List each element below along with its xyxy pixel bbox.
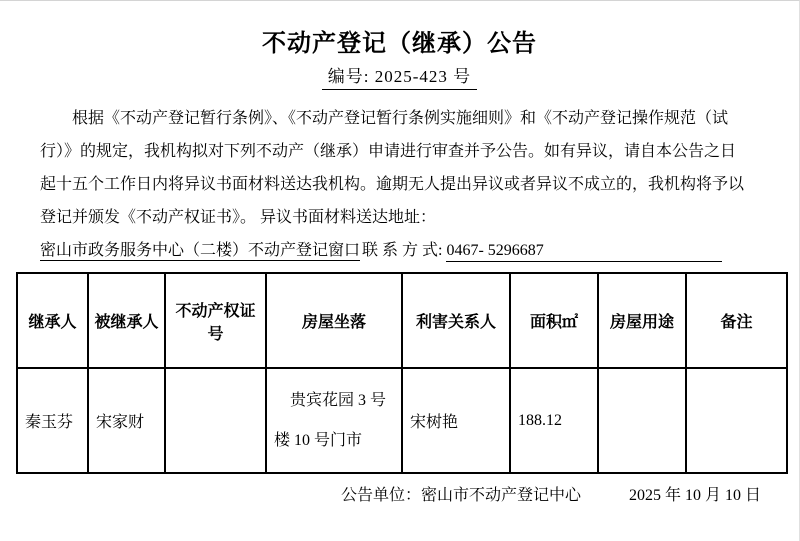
header-cell-decedent: 被继承人 — [88, 273, 165, 368]
header-cell-certificate-no: 不动产权证号 — [165, 273, 266, 368]
body-line: 登记并颁发《不动产权证书》。 异议书面材料送达地址： — [40, 201, 765, 234]
table-header-row: 继承人 被继承人 不动产权证号 房屋坐落 利害关系人 面积㎡ 房屋用途 备注 — [17, 273, 787, 368]
announcement-body: 根据《不动产登记暂行条例》、《不动产登记暂行条例实施细则》和《不动产登记操作规范… — [40, 102, 765, 267]
announcement-table: 继承人 被继承人 不动产权证号 房屋坐落 利害关系人 面积㎡ 房屋用途 备注 秦… — [16, 272, 788, 474]
address-line: 密山市政务服务中心（二楼）不动产登记窗口联 系 方 式:0467- 529668… — [40, 234, 765, 267]
header-cell-interested-party: 利害关系人 — [402, 273, 510, 368]
delivery-address: 密山市政务服务中心（二楼）不动产登记窗口 — [40, 242, 360, 261]
cell-certificate-no — [165, 368, 266, 473]
doc-number: 编号: 2025-423 号 — [322, 66, 477, 90]
body-line: 根据《不动产登记暂行条例》、《不动产登记暂行条例实施细则》和《不动产登记操作规范… — [40, 102, 765, 135]
header-cell-house-usage: 房屋用途 — [598, 273, 686, 368]
cell-house-usage — [598, 368, 686, 473]
footer-date: 2025 年 10 月 10 日 — [629, 487, 761, 504]
body-line: 起十五个工作日内将异议书面材料送达我机构。逾期无人提出异议或者异议不成立的，我机… — [40, 168, 765, 201]
table-row: 秦玉芬 宋家财 贵宾花园 3 号楼 10 号门市 宋树艳 188.12 — [17, 368, 787, 473]
contact-phone: 0467- 5296687 — [446, 240, 722, 262]
header-cell-house-location: 房屋坐落 — [266, 273, 402, 368]
cell-area: 188.12 — [510, 368, 598, 473]
doc-number-row: 编号: 2025-423 号 — [0, 66, 799, 90]
cell-house-location: 贵宾花园 3 号楼 10 号门市 — [266, 368, 402, 473]
announcement-document: 不动产登记（继承）公告 编号: 2025-423 号 根据《不动产登记暂行条例》… — [0, 0, 800, 541]
cell-remarks — [686, 368, 787, 473]
header-cell-remarks: 备注 — [686, 273, 787, 368]
header-cell-area: 面积㎡ — [510, 273, 598, 368]
contact-label: 联 系 方 式: — [360, 242, 442, 259]
body-line: 行）》的规定，我机构拟对下列不动产（继承）申请进行审查并予公告。如有异议，请自本… — [40, 135, 765, 168]
cell-interested-party: 宋树艳 — [402, 368, 510, 473]
footer: 公告单位：密山市不动产登记中心2025 年 10 月 10 日 — [0, 486, 799, 506]
page-title: 不动产登记（继承）公告 — [0, 29, 799, 59]
header-cell-inheritor: 继承人 — [17, 273, 88, 368]
cell-decedent: 宋家财 — [88, 368, 165, 473]
footer-issuer: 公告单位：密山市不动产登记中心 — [341, 487, 581, 504]
cell-inheritor: 秦玉芬 — [17, 368, 88, 473]
